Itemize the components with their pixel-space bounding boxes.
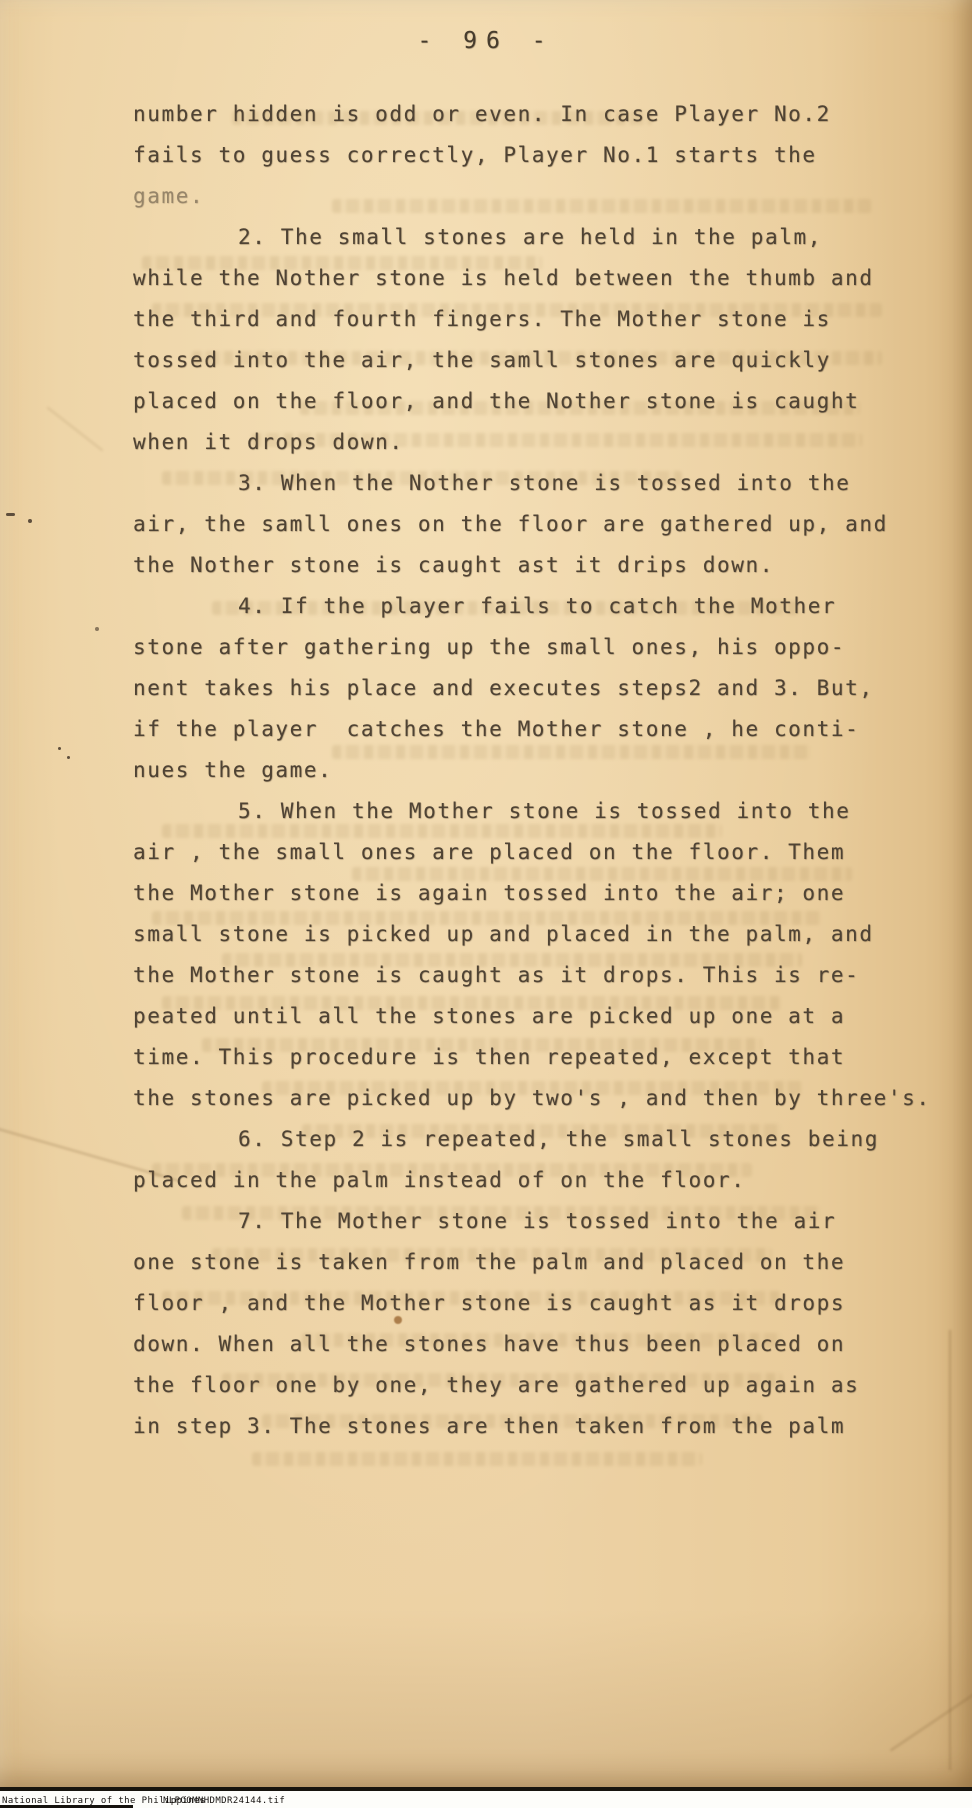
text-line: 5. When the Mother stone is tossed into …	[133, 791, 945, 832]
text-line: number hidden is odd or even. In case Pl…	[133, 94, 945, 135]
text-line: 3. When the Nother stone is tossed into …	[133, 463, 945, 504]
text-line: the Mother stone is again tossed into th…	[133, 873, 945, 914]
text-line: placed on the floor, and the Nother ston…	[133, 381, 945, 422]
text-line: 7. The Mother stone is tossed into the a…	[133, 1201, 945, 1242]
ink-speck	[67, 756, 70, 759]
paper-crease	[949, 1330, 951, 1770]
bleedthrough-text	[252, 1452, 702, 1466]
ink-speck	[58, 747, 61, 750]
text-line: 6. Step 2 is repeated, the small stones …	[133, 1119, 945, 1160]
text-line: while the Nother stone is held between t…	[133, 258, 945, 299]
text-line: down. When all the stones have thus been…	[133, 1324, 945, 1365]
text-line: small stone is picked up and placed in t…	[133, 914, 945, 955]
scan-footer-bar: National Library of the Philippines NLPO…	[0, 1787, 972, 1808]
text-line: game.	[133, 176, 945, 217]
text-line: when it drops down.	[133, 422, 945, 463]
paper-crease	[47, 407, 103, 452]
text-line: nues the game.	[133, 750, 945, 791]
text-line: tossed into the air, the samll stones ar…	[133, 340, 945, 381]
text-line: time. This procedure is then repeated, e…	[133, 1037, 945, 1078]
text-line: air, the samll ones on the floor are gat…	[133, 504, 945, 545]
text-line: peated until all the stones are picked u…	[133, 996, 945, 1037]
typewritten-text-block: number hidden is odd or even. In case Pl…	[133, 94, 945, 1447]
text-line: 2. The small stones are held in the palm…	[133, 217, 945, 258]
text-line: nent takes his place and executes steps2…	[133, 668, 945, 709]
scanned-paper-page: - 96 - number hidden is odd or even. In …	[0, 0, 972, 1787]
ink-speck	[28, 519, 32, 523]
ink-speck	[95, 627, 99, 631]
footer-filename-label: NLPOOMNHDMDR24144.tif	[163, 1796, 285, 1806]
ink-speck	[6, 513, 15, 516]
text-line: in step 3. The stones are then taken fro…	[133, 1406, 945, 1447]
text-line: air , the small ones are placed on the f…	[133, 832, 945, 873]
text-line: 4. If the player fails to catch the Moth…	[133, 586, 945, 627]
text-line: the floor one by one, they are gathered …	[133, 1365, 945, 1406]
text-line: fails to guess correctly, Player No.1 st…	[133, 135, 945, 176]
text-line: one stone is taken from the palm and pla…	[133, 1242, 945, 1283]
page-number: - 96 -	[0, 28, 972, 54]
text-line: if the player catches the Mother stone ,…	[133, 709, 945, 750]
text-line: the Mother stone is caught as it drops. …	[133, 955, 945, 996]
paper-stain	[394, 1316, 402, 1324]
text-line: placed in the palm instead of on the flo…	[133, 1160, 945, 1201]
text-line: stone after gathering up the small ones,…	[133, 627, 945, 668]
text-line: the third and fourth fingers. The Mother…	[133, 299, 945, 340]
paper-crease	[890, 1655, 972, 1752]
text-line: the stones are picked up by two's , and …	[133, 1078, 945, 1119]
text-line: the Nother stone is caught ast it drips …	[133, 545, 945, 586]
text-line: floor , and the Mother stone is caught a…	[133, 1283, 945, 1324]
